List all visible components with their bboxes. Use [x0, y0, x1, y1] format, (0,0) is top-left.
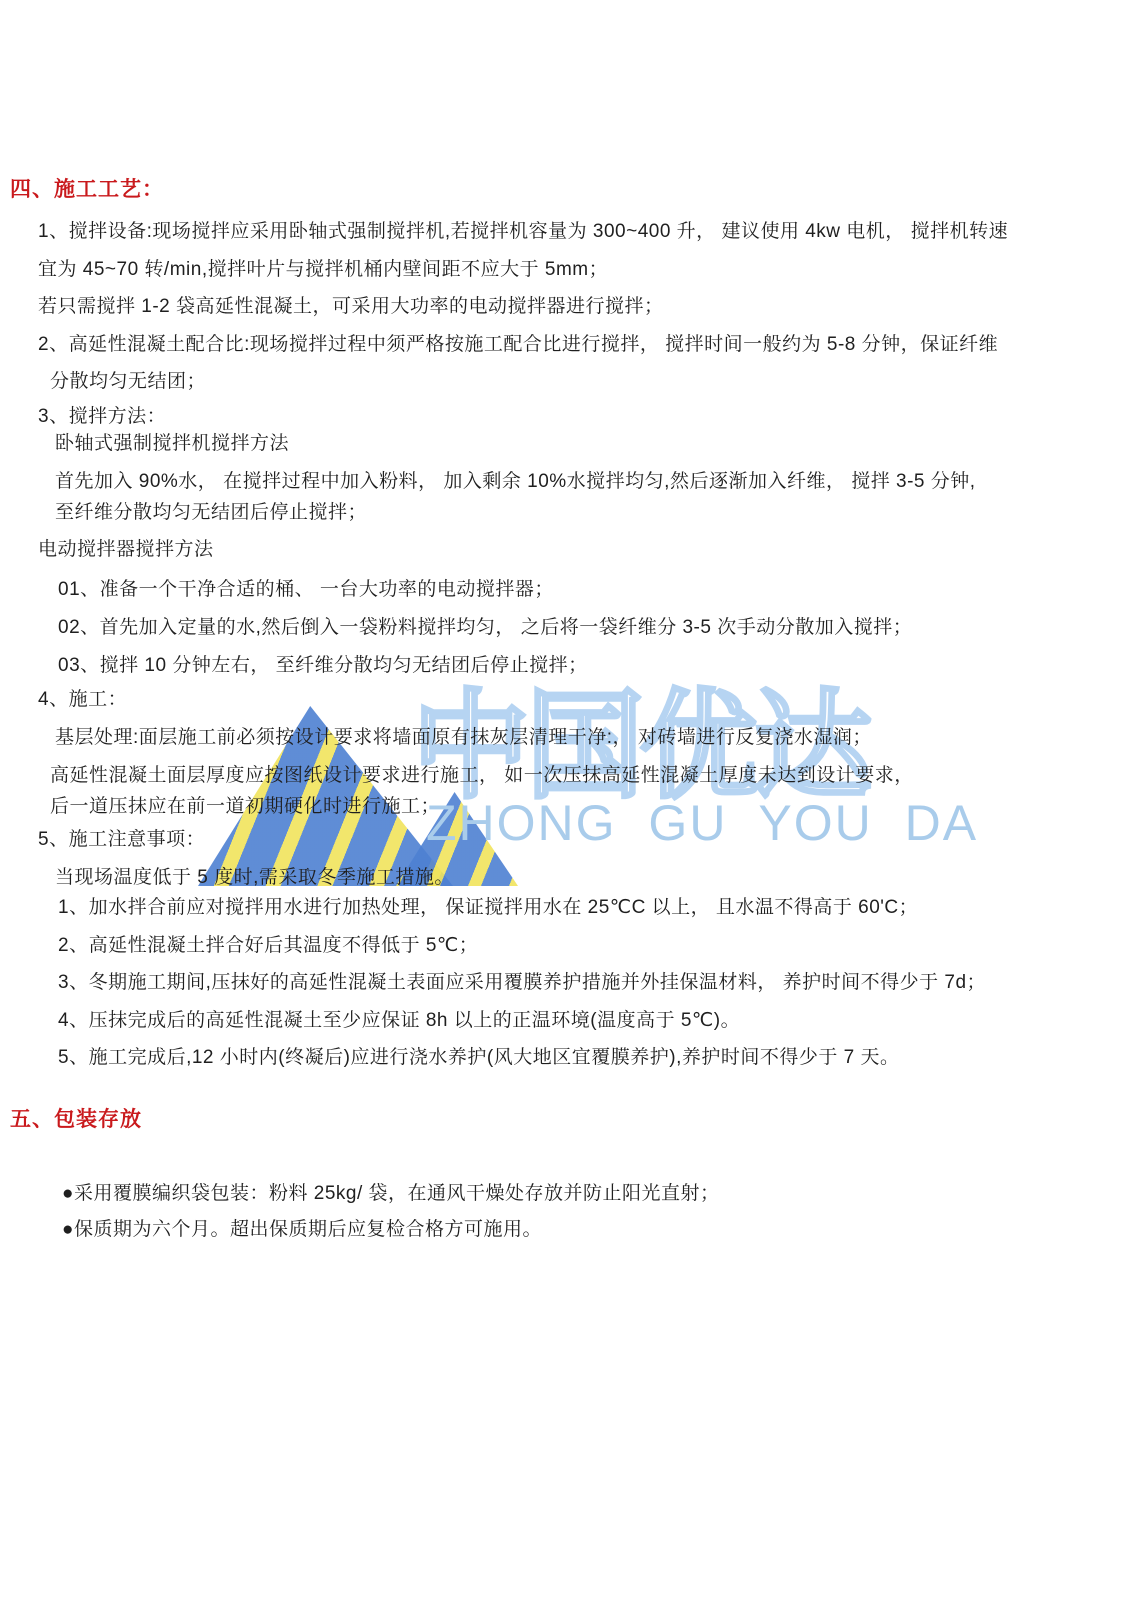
paragraph-line: 首先加入 90%水， 在搅拌过程中加入粉料， 加入剩余 10%水搅拌均匀,然后逐… — [10, 470, 1113, 494]
bullet-line: ●采用覆膜编织袋包装：粉料 25kg/ 袋，在通风干燥处存放并防止阳光直射； — [10, 1182, 1113, 1206]
section4-heading: 四、施工工艺： — [10, 176, 1113, 204]
paragraph-line: 4、施工： — [10, 688, 1113, 712]
paragraph-line: 基层处理:面层施工前必须按设计要求将墙面原有抹灰层清理干净:， 对砖墙进行反复浇… — [10, 726, 1113, 750]
paragraph-line: 至纤维分散均匀无结团后停止搅拌； — [10, 501, 1113, 525]
paragraph-line: 后一道压抹应在前一道初期硬化时进行施工； — [10, 795, 1113, 819]
paragraph-line: 5、施工完成后,12 小时内(终凝后)应进行浇水养护(风大地区宜覆膜养护),养护… — [10, 1046, 1113, 1070]
paragraph-line: 宜为 45~70 转/min,搅拌叶片与搅拌机桶内壁间距不应大于 5mm； — [10, 258, 1113, 282]
document-page: 中国优达 ZHONG GU YOU DA 四、施工工艺： 1、搅拌设备:现场搅拌… — [0, 0, 1131, 1600]
bullet-line: ●保质期为六个月。超出保质期后应复检合格方可施用。 — [10, 1218, 1113, 1242]
paragraph-line: 卧轴式强制搅拌机搅拌方法 — [10, 432, 1113, 456]
paragraph-line: 2、高延性混凝土配合比:现场搅拌过程中须严格按施工配合比进行搅拌， 搅拌时间一般… — [10, 333, 1113, 357]
paragraph-line: 高延性混凝土面层厚度应按图纸设计要求进行施工， 如一次压抹高延性混凝土厚度未达到… — [10, 764, 1113, 788]
paragraph-line: 当现场温度低于 5 度时,需采取冬季施工措施。 — [10, 866, 1113, 890]
paragraph-line: 1、搅拌设备:现场搅拌应采用卧轴式强制搅拌机,若搅拌机容量为 300~400 升… — [10, 220, 1113, 244]
section5-heading: 五、包装存放 — [10, 1106, 1113, 1134]
section5-body: ●采用覆膜编织袋包装：粉料 25kg/ 袋，在通风干燥处存放并防止阳光直射；●保… — [10, 1182, 1113, 1242]
paragraph-line: 3、冬期施工期间,压抹好的高延性混凝土表面应采用覆膜养护措施并外挂保温材料， 养… — [10, 971, 1113, 995]
paragraph-line: 若只需搅拌 1-2 袋高延性混凝土，可采用大功率的电动搅拌器进行搅拌； — [10, 295, 1113, 319]
paragraph-line: 3、搅拌方法： — [10, 405, 1113, 429]
paragraph-line: 分散均匀无结团； — [10, 370, 1113, 394]
paragraph-line: 5、施工注意事项： — [10, 828, 1113, 852]
paragraph-line: 4、压抹完成后的高延性混凝土至少应保证 8h 以上的正温环境(温度高于 5℃)。 — [10, 1009, 1113, 1033]
paragraph-line: 2、高延性混凝土拌合好后其温度不得低于 5℃； — [10, 934, 1113, 958]
document-content: 四、施工工艺： 1、搅拌设备:现场搅拌应采用卧轴式强制搅拌机,若搅拌机容量为 3… — [0, 0, 1131, 1242]
paragraph-line: 1、加水拌合前应对搅拌用水进行加热处理， 保证搅拌用水在 25℃C 以上， 且水… — [10, 896, 1113, 920]
section4-body: 1、搅拌设备:现场搅拌应采用卧轴式强制搅拌机,若搅拌机容量为 300~400 升… — [10, 220, 1113, 1070]
paragraph-line: 02、首先加入定量的水,然后倒入一袋粉料搅拌均匀， 之后将一袋纤维分 3-5 次… — [10, 616, 1113, 640]
paragraph-line: 电动搅拌器搅拌方法 — [10, 538, 1113, 562]
paragraph-line: 03、搅拌 10 分钟左右， 至纤维分散均匀无结团后停止搅拌； — [10, 654, 1113, 678]
paragraph-line: 01、准备一个干净合适的桶、 一台大功率的电动搅拌器； — [10, 578, 1113, 602]
